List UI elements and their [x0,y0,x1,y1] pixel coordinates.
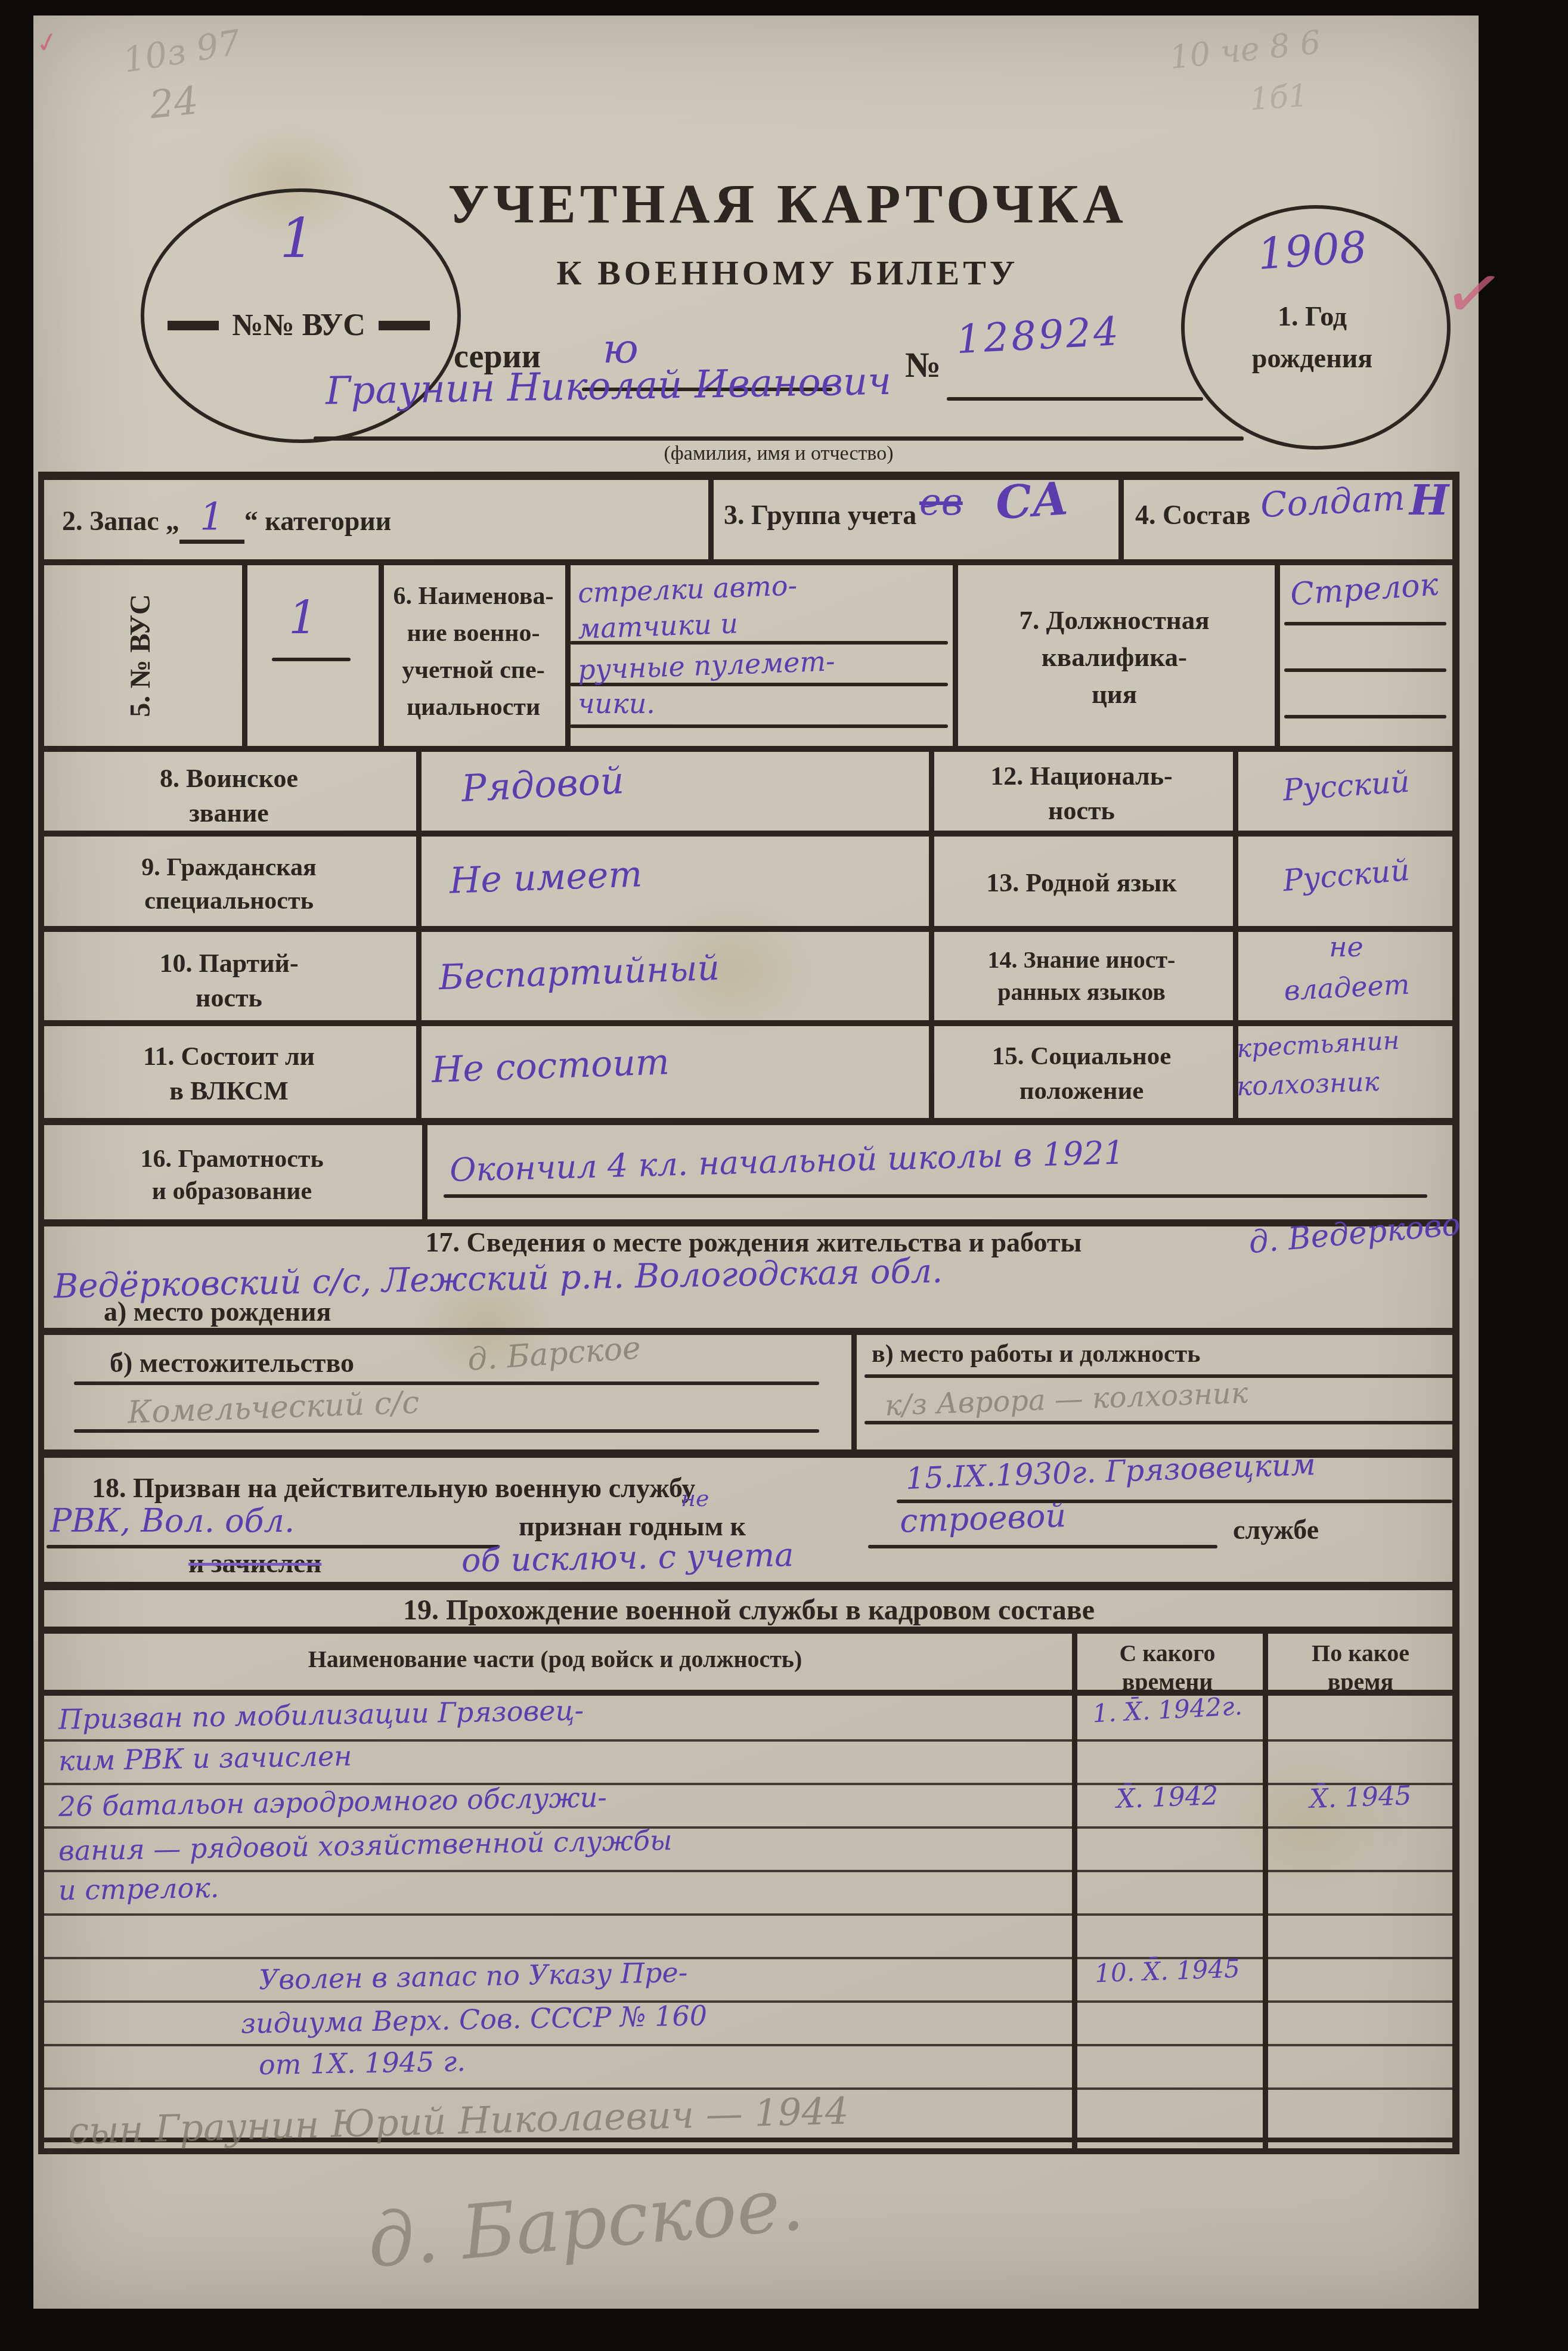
field-6-label-line: учетной спе- [384,652,563,689]
field-15-label-line: 15. Социальное [938,1039,1225,1074]
field-6-value-line: матчики и [577,607,739,645]
vus-dash-left [168,321,219,330]
field-6-label: 6. Наименова- ние военно- учетной спе- ц… [384,578,563,726]
write-line [74,1429,819,1433]
red-check-mark: ✓ [33,24,62,61]
field-15-label-line: положение [938,1074,1225,1108]
field-9-value: Не имеет [449,853,643,902]
field-8-label-line: звание [50,796,408,831]
workplace-value-pencil: к/з Аврора — колхозник [884,1376,1248,1422]
field-14-label-line: ранных языков [938,976,1225,1008]
residence-value-pencil: Комельческий с/с [127,1384,420,1430]
rule [38,472,1459,480]
field-7-value: Стрелок [1289,566,1439,612]
field-5-label-cell: 5. № ВУС [38,565,242,746]
field-12-label-line: ность [938,794,1225,828]
table-row-name: зидиума Верх. Сов. СССР № 160 [241,1999,708,2040]
divider [422,1125,427,1219]
field-7-label-line: ция [962,676,1266,713]
table-header-unit: Наименование части (род войск и должност… [38,1645,1072,1673]
field-15-value-line: колхозник [1236,1067,1380,1102]
table-row-rule [38,1870,1459,1872]
rule [38,1582,1459,1590]
card-title-line2: К ВОЕННОМУ БИЛЕТУ [445,253,1130,293]
rule [38,1627,1459,1634]
name-underline [314,436,1244,441]
registration-card: 10з 97 24 10 че 8 6 1б1 ✓ 1 №№ ВУС УЧЕТН… [33,16,1479,2309]
field-6-value-line: ручные пулемет- [577,645,835,686]
table-row-from: X̄. 1942 [1071,1779,1263,1816]
field-10-label: 10. Партий- ность [50,946,408,1015]
field-7-label-line: 7. Должностная [962,602,1266,639]
field-10-label-line: ность [50,981,408,1015]
rule [38,559,1459,565]
field-3-value-struck: ев [919,480,963,524]
residence-value-pencil: д. Барское [466,1330,642,1378]
write-line [1284,668,1446,672]
write-line [74,1382,819,1385]
field-4-value: Солдат [1259,478,1406,526]
field-12-label-line: 12. Националь- [938,759,1225,794]
field-2-zapas: 2. Запас „1“ категории [62,495,391,544]
section-19-title: 19. Прохождение военной службы в кадрово… [38,1594,1459,1627]
card-form: 2. Запас „1“ категории 3. Группа учета е… [38,472,1459,2154]
field-2-quote-open: „ [166,506,179,536]
table-row-name: Уволен в запас по Указу Пре- [259,1956,688,1996]
field-13-value: Русский [1238,848,1455,902]
divider [1118,472,1124,559]
field-14-value-line: не [1239,931,1454,963]
section-18-enlisted-hw: об исключ. с учета [461,1536,794,1579]
field-6-value-line: стрелки авто- [577,569,798,609]
field-6-label-line: 6. Наименова- [384,578,563,615]
section-18-service-label: службе [1233,1514,1319,1545]
field-2-label-post: “ категории [244,506,391,536]
rule [38,1219,1459,1226]
field-7-label-line: квалифика- [962,639,1266,676]
field-16-value: Окончил 4 кл. начальной школы в 1921 [449,1125,1451,1189]
number-value: 128924 [955,308,1122,363]
divider [416,752,422,1118]
field-2-label-pre: 2. Запас [62,506,159,536]
name-caption: (фамилия, имя и отчество) [314,442,1244,465]
field-16-label-line: и образование [50,1175,414,1207]
top-right-pencil-note: 1б1 [1248,78,1309,118]
photo-backdrop: 10з 97 24 10 че 8 6 1б1 ✓ 1 №№ ВУС УЧЕТН… [0,0,1568,2351]
divider [1275,565,1280,746]
field-8-value: Рядовой [460,758,625,810]
divider [929,752,934,1118]
field-3-label: 3. Группа учета [724,499,916,531]
residence-label: б) местожительство [110,1347,354,1379]
field-2-value: 1 [200,495,224,540]
table-row-name: вания — рядовой хозяйственной службы [58,1824,673,1867]
table-row-rule [38,2000,1459,2003]
field-9-label: 9. Гражданская специальность [50,851,408,918]
field-10-value: Беспартийный [438,947,720,998]
write-line [864,1374,1455,1378]
rule [38,1118,1459,1125]
field-16-label: 16. Грамотность и образование [50,1143,414,1207]
write-line [1284,715,1446,718]
field-7-label: 7. Должностная квалифика- ция [962,602,1266,713]
write-line [868,1545,1217,1548]
field-6-label-line: ние военно- [384,615,563,652]
vus-circle-value: 1 [141,206,454,270]
field-6-label-line: циальности [384,689,563,726]
rule [38,746,1459,752]
table-row-name: и стрелок. [58,1872,219,1907]
table-header-to: По какое время [1263,1639,1458,1696]
field-10-label-line: 10. Партий- [50,946,408,981]
field-14-label-line: 14. Знание иност- [938,944,1225,976]
section-18-rvk-hw: РВК, Вол. обл. [50,1502,295,1540]
rule [38,1020,1459,1026]
field-12-value: Русский [1238,761,1454,811]
form-border-right [1452,472,1459,2154]
field-9-label-line: 9. Гражданская [50,851,408,884]
table-row-rule [38,1913,1459,1916]
vus-circle-label: №№ ВУС [232,308,365,343]
table-row-name: ким РВК и зачислен [58,1740,352,1777]
bottom-pencil-note: д. Барское. [364,2161,807,2284]
divider [953,565,958,746]
divider [242,565,247,746]
rule [38,1328,1459,1335]
field-5-label: 5. № ВУС [124,594,157,717]
write-line [864,1421,1455,1424]
table-row-rule [38,2044,1459,2046]
write-line [272,658,351,661]
divider [379,565,384,746]
field-15-value-line: крестьянин [1236,1026,1400,1063]
field-6-value-line: чики. [578,687,655,720]
section-18-sup-hw: не [681,1485,709,1511]
divider [851,1335,857,1458]
field-14-label: 14. Знание иност- ранных языков [938,944,1225,1008]
field-14-value-line: владеет [1230,965,1464,1009]
birth-year-label-line1: 1. Год [1181,301,1443,332]
table-header-from: С какого времени [1072,1639,1263,1696]
workplace-label: в) место работы и должность [872,1340,1200,1368]
field-11-value: Не состоит [431,1041,670,1091]
field-4-value-2: Н [1409,475,1449,525]
rule [38,2148,1459,2154]
field-3-value: СА [994,472,1070,529]
table-row-from: 10. X̄. 1945 [1071,1953,1263,1988]
field-16-label-line: 16. Грамотность [50,1143,414,1175]
vus-dash-right [379,321,430,330]
field-5-value: 1 [289,591,317,644]
divider [708,472,714,559]
table-column-divider [1263,1634,1268,2148]
write-line [1284,622,1446,625]
card-title-line1: УЧЕТНАЯ КАРТОЧКА [445,172,1130,236]
divider [565,565,571,746]
field-4-label: 4. Состав [1135,499,1251,531]
table-header-to-line: По какое [1263,1639,1458,1668]
field-8-label: 8. Воинское звание [50,761,408,831]
field-11-label-line: 11. Состоит ли [50,1039,408,1074]
field-8-label-line: 8. Воинское [50,761,408,796]
table-row-rule [38,1826,1459,1829]
section-18-enlisted-label: и зачислен [188,1547,321,1579]
top-right-pencil-note: 10 че 8 6 [1167,23,1322,76]
table-row-name: 26 батальон аэродромного обслужи- [58,1781,608,1823]
rule [38,831,1459,837]
section-18-service-type-hw: строевой [899,1497,1067,1540]
field-9-label-line: специальность [50,884,408,918]
top-left-pencil-note: 24 [147,79,200,128]
red-check-mark: ✓ [1438,249,1510,340]
table-row-name: Призван по мобилизации Грязовец- [58,1694,584,1735]
field-13-label: 13. Родной язык [932,868,1231,898]
field-11-label: 11. Состоит ли в ВЛКСМ [50,1039,408,1108]
table-header-to-line: время [1263,1668,1458,1696]
write-line [570,724,948,728]
top-left-pencil-note: 10з 97 [120,22,243,80]
table-row-name: от 1X. 1945 г. [259,2045,466,2081]
field-12-label: 12. Националь- ность [938,759,1225,828]
field-11-label-line: в ВЛКСМ [50,1074,408,1108]
table-row-to: X̄. 1945 [1262,1779,1459,1816]
field-15-label: 15. Социальное положение [938,1039,1225,1108]
vus-circle-label-row: №№ ВУС [105,308,492,343]
table-header-from-line: С какого [1072,1639,1263,1668]
write-line [444,1194,1427,1198]
section-18-label: 18. Призван на действительную военную сл… [92,1472,695,1504]
